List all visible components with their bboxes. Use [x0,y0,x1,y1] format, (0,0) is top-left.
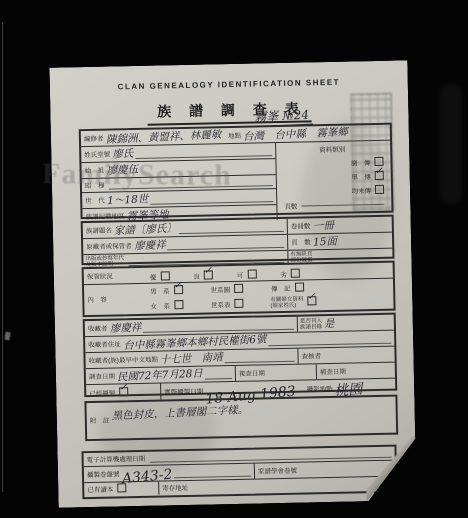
s1-right-column: 資料類別 廣 傳 單 傳 ✓ 均未傳 頁數 [275,141,392,220]
checkmark: ✓ [375,166,384,177]
row-content-types: 內 容 男 系 ✓ 世系圖 傳 記 [84,279,394,313]
sheet-header-title: CLAN GENEALOGY IDENTIFICATION SHEET [50,76,408,92]
option-label: 單 傳 [348,171,373,183]
filming-date-label: 實際攝製日期 [161,385,205,397]
condition-excellent: 優 [147,271,173,283]
option-label: 世系表 [208,299,233,311]
content-pedigree-chart: 世系圖 [208,284,247,296]
origin-place-value: 十七世 南靖 [160,349,224,367]
checker-label: 查核者 [298,350,323,362]
published-line1: 是否刊入 [300,318,322,324]
women-data-line2: (娘家姓氏) [270,302,303,309]
page-count-value: 15面 [312,234,337,250]
place-label: 地點 [225,130,243,141]
familysearch-watermark: FamilySearch [42,157,232,193]
option-label: 優 [147,272,159,283]
society-roll-label: 家譜學會卷號 [255,465,299,477]
row-remarks: 附 註 黑色封皮，上書層閣二字樣。 [86,397,396,435]
option-label: 可 [234,270,246,281]
section-remarks: 附 註 黑色封皮，上書層閣二字樣。 [84,395,398,442]
underline [225,360,295,363]
content-label: 內 容 [84,292,147,304]
checkbox [291,269,300,278]
filming-place-label: 攝影地點 [304,382,335,394]
option-label: 良 [190,271,202,282]
recheck-date-label: 複查日期 [236,367,267,379]
option-label: 女 系 [147,300,172,312]
collector-address-label: 收藏者住址 [85,338,123,350]
section-book-info: 族譜題名 家譜〔廖氏〕 卷冊數 一冊 原藏者或保管者 廖慶祥 頁 數 15面 [81,215,395,266]
option-label: 傳 記 [268,283,293,295]
option-label: 世系圖 [208,284,233,296]
pages-field: 頁數 [281,199,387,212]
holder-value: 廖慶祥 [133,237,165,253]
collector-value: 廖慶祥 [109,320,141,336]
option-guangchuan: 廣 傳 [280,157,386,170]
material-type-header: 資料類別 [319,144,347,156]
women-data-label: 有關婦女資料 (娘家姓氏) [268,296,305,309]
option-label: 男 系 [147,285,172,297]
option-label: 均未傳 [348,185,373,197]
underline [174,475,251,479]
checkbox: ✓ [119,387,128,396]
content-women-data: 有關婦女資料 (娘家姓氏) ✓ [268,295,319,309]
deposit-address-label: 寄存地址 [159,482,190,494]
checkbox [247,270,256,279]
condition-fair: 可 [234,269,260,281]
followup-date-cell: 補查日期 [316,363,395,380]
page-count-label: 頁 數 [288,236,313,248]
place-value: 台灣 台中縣 霧峯鄉 [243,124,349,144]
origin-place-label: 收藏者(族)最早中文地點 [85,354,160,367]
roll-number-label: 攝製卷盤號 [84,468,122,480]
published-label: 是否刊入 族譜目錄 [298,318,324,331]
option-label: 劣 [277,269,289,280]
recheck-date-cell: 複查日期 [235,364,316,381]
holder-label: 原藏者或保管者 [83,240,134,252]
checkbox [374,157,383,166]
underline [179,230,284,234]
reading-copy-label: 已有讀本 [84,484,115,496]
checkbox [117,483,126,492]
checkbox [234,284,243,293]
book-title-label: 族譜題名 [83,224,114,236]
document-page: CLAN GENEALOGY IDENTIFICATION SHEET 族 譜 … [49,60,416,507]
already-filmed-cell: 已經攝製 ✓ [86,384,161,402]
compiler-label: 編修者 [81,133,106,145]
content-male-line: 男 系 ✓ [147,285,186,297]
underline [301,202,384,206]
option-junweichuan: 均未傳 [281,185,387,198]
option-label: 廣 傳 [348,157,373,169]
survey-date-label: 調查日期 [86,370,117,382]
underline [150,200,273,205]
microfilm-frame: CLAN GENEALOGY IDENTIFICATION SHEET 族 譜 … [0,0,468,518]
checkbox: ✓ [307,296,316,305]
volume-count-label: 卷冊數 [288,220,313,232]
section-condition-content: 保管狀況 優 良 ✓ 可 劣 內 容 [82,261,396,318]
reading-copy-cell: 已有讀本 [84,482,159,497]
page-corner-fold [365,436,416,501]
section-collector-info: 收藏者 廖慶祥 是否刊入 族譜目錄 是 收藏者住址 台中縣霧峯鄉本鄉村民權街6號… [83,313,398,398]
checker-cell: 查核者 [297,347,394,364]
published-line2: 族譜目錄 [300,324,322,330]
section-microfilm-admin: 電子計算機處理日期 攝製卷盤號 A343-2 家譜學會卷號 已有讀本 寄存地址 [81,445,397,500]
underline [167,246,284,250]
content-pedigree-table: 世系表 [208,299,247,311]
page-count-cell: 頁 數 15面 [287,233,392,250]
film-smudge [440,84,462,204]
volume-count-value: 一冊 [312,218,334,234]
checkbox: ✓ [375,171,384,180]
collector-label: 收藏者 [85,323,110,335]
checkbox: ✓ [174,285,183,294]
pages-label: 頁數 [281,201,299,212]
already-filmed-label: 已經攝製 [86,387,117,399]
published-value: 是 [324,316,335,331]
generations-label: 世 代 [82,195,107,207]
women-data-line1: 有關婦女資料 [270,296,303,303]
condition-good: 良 ✓ [190,270,216,282]
remarks-value: 黑色封皮，上書層閣二字樣。 [111,402,248,423]
checkbox [294,283,303,292]
checkbox [174,300,183,309]
condition-label: 保管狀況 [84,270,147,282]
content-female-line: 女 系 [147,300,186,312]
checkmark: ✓ [204,265,213,276]
checkmark: ✓ [119,382,128,393]
option-danchuan: 單 傳 ✓ [281,171,387,184]
published-cell: 是否刊入 族譜目錄 是 [297,315,394,332]
computer-date-label: 電子計算機處理日期 [84,453,148,465]
underline [268,342,391,347]
content-biographies: 傳 記 [268,282,307,294]
checkmark: ✓ [173,280,182,291]
checkbox [160,271,169,280]
underline [205,377,232,380]
checkmark: ✓ [307,291,316,302]
film-edge-line [2,22,3,492]
remarks-label: 附 註 [87,415,112,427]
generations-value: 1～18世 [106,191,148,208]
followup-date-label: 補查日期 [317,366,348,378]
film-edge-mark [4,332,10,341]
underline [143,328,294,333]
condition-poor: 劣 [277,269,303,281]
volume-count-cell: 卷冊數 一冊 [287,217,392,234]
book-title-value: 家譜〔廖氏〕 [114,220,178,238]
checkbox [234,299,243,308]
checkbox: ✓ [204,270,213,279]
survey-date-value: 民國72年7月28日 [117,366,204,385]
checkbox [375,185,384,194]
